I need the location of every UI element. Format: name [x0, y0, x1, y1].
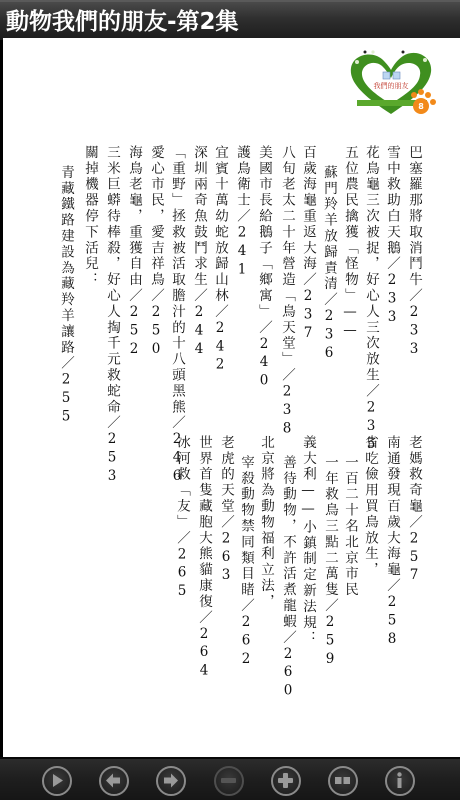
toc-entry[interactable]: 老媽救奇龜／257 — [406, 435, 422, 586]
toc-entry[interactable]: 八旬老太二十年營造「鳥天堂」／238 — [279, 145, 295, 439]
info-button[interactable] — [385, 766, 415, 796]
app-title: 動物我們的朋友-第2集 — [6, 7, 239, 37]
zoom-out-button[interactable] — [214, 766, 244, 796]
toc-entry[interactable]: 南通發現百歲大海龜／258 — [384, 435, 400, 649]
toc-entry[interactable]: 護鳥衛士／241 — [234, 145, 250, 280]
toc-entry[interactable]: 世界首隻藏胞大熊貓康復／264 — [196, 435, 212, 681]
svg-text:8: 8 — [418, 102, 424, 111]
toc-entry[interactable]: 冰河救「友」／265 — [174, 435, 190, 602]
toc-entry[interactable]: 一百二十名北京市民 — [342, 455, 358, 598]
arrow-left-icon — [101, 768, 126, 793]
toc-entry[interactable]: 美國市長給鵝子「鄉寓」／240 — [256, 145, 272, 391]
toc-entry[interactable]: 北京將為動物福利立法， — [258, 435, 274, 610]
toc-entry[interactable]: 深圳兩奇魚鼓鬥求生／244 — [191, 145, 207, 359]
toc-entry[interactable]: 青藏鐵路建設為藏羚羊讓路／255 — [58, 165, 74, 427]
heart-wreath-icon: 我們的朋友 8 — [343, 48, 443, 120]
title-bar: 動物我們的朋友-第2集 — [0, 0, 460, 40]
toc-entry[interactable]: 蘇門羚羊放歸責清／236 — [321, 165, 337, 363]
toc-entry[interactable]: 海鳥老龜，重獲自由／252 — [126, 145, 142, 359]
toc-entry[interactable]: 雪中救助白天鵝／233 — [384, 145, 400, 327]
toc-entry[interactable]: 宜賓十萬幼蛇放歸山林／242 — [212, 145, 228, 375]
toc-entry[interactable]: 關掉機器停下活兒： — [82, 145, 98, 288]
toc-entry[interactable]: 一年救鳥三點二萬隻／259 — [322, 455, 338, 669]
page-layout-button[interactable] — [328, 766, 358, 796]
info-icon — [387, 768, 412, 793]
toc-entry[interactable]: 花鳥龜三次被捉，好心人三次放生／235 — [363, 145, 379, 455]
toc-entry[interactable]: 省吃儉用買鳥放生， — [362, 435, 378, 578]
toc-entry[interactable]: 巴塞羅那將取消鬥牛／233 — [406, 145, 422, 359]
toc-entry[interactable]: 老虎的天堂／263 — [218, 435, 234, 586]
toc-entry[interactable]: 愛心市民，愛吉祥鳥／250 — [148, 145, 164, 359]
svg-text:我們的朋友: 我們的朋友 — [374, 81, 409, 90]
toc-entry[interactable]: 百歲海龜重返大海／237 — [300, 145, 316, 343]
book-logo: 我們的朋友 8 — [343, 48, 443, 120]
toc-entry[interactable]: 善待動物，不許活煮龍蝦／260 — [280, 455, 296, 701]
bottom-toolbar — [0, 757, 460, 800]
play-button[interactable] — [42, 766, 72, 796]
two-page-icon — [330, 768, 355, 793]
arrow-right-icon — [158, 768, 183, 793]
plus-icon — [273, 768, 298, 793]
previous-page-button[interactable] — [99, 766, 129, 796]
toc-entry[interactable]: 宰殺動物禁同類目睹／262 — [238, 455, 254, 669]
play-icon — [44, 768, 69, 793]
zoom-in-button[interactable] — [271, 766, 301, 796]
book-page[interactable]: 我們的朋友 8 巴塞羅那將取消鬥牛／233 雪中救助白天鵝／233 花鳥龜三次被… — [3, 38, 460, 757]
toc-entry[interactable]: 五位農民擒獲「怪物」—— — [342, 145, 358, 341]
toc-entry[interactable]: 義大利——小鎮制定新法規： — [300, 435, 316, 647]
minus-icon — [216, 768, 241, 793]
toc-entry[interactable]: 三米巨蟒待棒殺，好心人掏千元救蛇命／253 — [104, 145, 120, 486]
next-page-button[interactable] — [156, 766, 186, 796]
